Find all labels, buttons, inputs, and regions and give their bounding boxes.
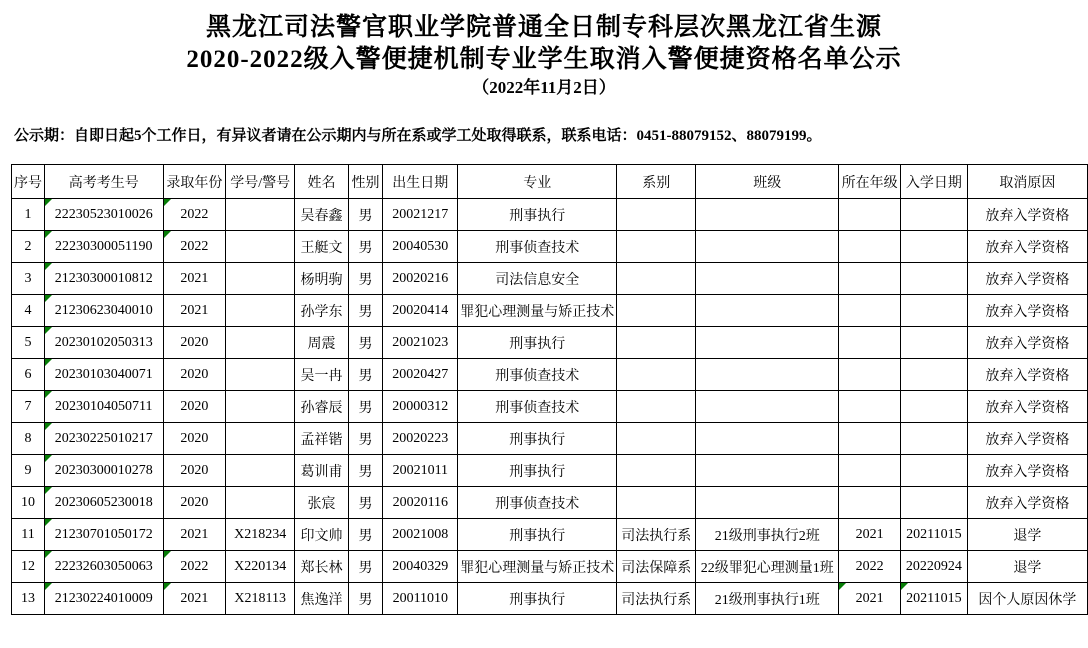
cell-text: 放弃入学资格 [985,273,1069,288]
text-format-marker-icon [45,487,52,494]
table-cell: 郑长林 [295,551,349,583]
header-row: 序号高考考生号录取年份学号/警号姓名性别出生日期专业系别班级所在年级入学日期取消… [12,165,1088,199]
table-cell: 男 [348,327,383,359]
cell-text: 12 [21,559,35,574]
text-format-marker-icon [839,583,846,590]
column-header: 取消原因 [967,165,1087,199]
cell-text: 20230103040071 [55,367,153,382]
table-cell [696,359,839,391]
table-cell [226,423,295,455]
table-cell: 1 [12,199,45,231]
table-cell: 2020 [163,487,226,519]
table-cell [617,423,696,455]
text-format-marker-icon [164,231,171,238]
table-cell [226,487,295,519]
cell-text: 罪犯心理测量与矫正技术 [460,305,614,320]
table-cell [226,199,295,231]
cell-text: 2 [25,239,32,254]
cell-text: 周震 [307,337,335,352]
cell-text: 4 [25,303,32,318]
cell-text: 刑事执行 [509,529,565,544]
cell-text: 刑事执行 [509,209,565,224]
cell-text: 13 [21,591,35,606]
cell-text: 2020 [180,335,208,350]
text-format-marker-icon [901,583,908,590]
table-cell: 2021 [163,519,226,551]
table-row: 10202306052300182020张宸男20020116刑事侦查技术放弃入… [12,487,1088,519]
cell-text: 放弃入学资格 [985,465,1069,480]
table-row: 8202302250102172020孟祥锴男20020223刑事执行放弃入学资… [12,423,1088,455]
table-cell [901,199,968,231]
table-cell: 4 [12,295,45,327]
cell-text: 20230225010217 [55,431,153,446]
cell-text: 印文帅 [300,529,342,544]
table-cell: X218234 [226,519,295,551]
table-cell: 放弃入学资格 [967,263,1087,295]
cell-text: 20000312 [392,399,448,414]
cell-text: 放弃入学资格 [985,433,1069,448]
table-cell [226,263,295,295]
text-format-marker-icon [45,327,52,334]
table-cell [696,199,839,231]
cell-text: 退学 [1013,561,1041,576]
table-cell [226,231,295,263]
table-cell: 印文帅 [295,519,349,551]
table-cell: 2021 [839,519,901,551]
page-title-line1: 黑龙江司法警官职业学院普通全日制专科层次黑龙江省生源 [0,12,1088,44]
cell-text: 男 [359,337,373,352]
table-cell: 男 [348,391,383,423]
cell-text: 刑事执行 [509,433,565,448]
cell-text: 22230300051190 [55,239,152,254]
column-header: 所在年级 [839,165,901,199]
cell-text: 男 [359,433,373,448]
table-cell [617,263,696,295]
table-cell [696,391,839,423]
cell-text: X220134 [234,559,286,574]
column-header: 专业 [458,165,617,199]
table-cell: 放弃入学资格 [967,487,1087,519]
table-cell [901,295,968,327]
table-cell: 2020 [163,455,226,487]
table-cell: 吴春鑫 [295,199,349,231]
table-cell: 刑事侦查技术 [458,359,617,391]
cell-text: 21级刑事执行2班 [715,529,820,544]
table-cell: 男 [348,551,383,583]
table-cell: 20020414 [383,295,458,327]
table-cell [226,359,295,391]
table-cell: 6 [12,359,45,391]
table-cell [696,423,839,455]
cell-text: 20020427 [392,367,448,382]
table-row: 7202301040507112020孙睿辰男20000312刑事侦查技术放弃入… [12,391,1088,423]
cell-text: 男 [359,497,373,512]
cell-text: 8 [25,431,32,446]
cell-text: 退学 [1013,529,1041,544]
table-cell [901,455,968,487]
cell-text: 20230102050313 [55,335,153,350]
table-cell: 葛训甫 [295,455,349,487]
cell-text: 刑事侦查技术 [495,369,579,384]
cell-text: 刑事执行 [509,465,565,480]
table-row: 6202301030400712020吴一冉男20020427刑事侦查技术放弃入… [12,359,1088,391]
cell-text: 20011010 [393,591,448,606]
table-cell: 21级刑事执行2班 [696,519,839,551]
table-cell: X218113 [226,583,295,615]
cell-text: 10 [21,495,35,510]
table-cell [839,391,901,423]
cell-text: 放弃入学资格 [985,305,1069,320]
table-row: 13212302240100092021X218113焦逸洋男20011010刑… [12,583,1088,615]
cell-text: 孙睿辰 [300,401,342,416]
table-cell: 退学 [967,551,1087,583]
table-row: 5202301020503132020周震男20021023刑事执行放弃入学资格 [12,327,1088,359]
table-cell: 22232603050063 [45,551,164,583]
table-cell: 孟祥锴 [295,423,349,455]
cell-text: 20020223 [392,431,448,446]
table-cell: 2021 [839,583,901,615]
table-cell [696,487,839,519]
table-cell [901,327,968,359]
cell-text: 男 [359,401,373,416]
table-cell: 20040329 [383,551,458,583]
table-cell: 8 [12,423,45,455]
table-cell: 20220924 [901,551,968,583]
cell-text: 王艇文 [300,241,342,256]
cell-text: 葛训甫 [300,465,342,480]
table-cell: 2022 [163,231,226,263]
table-cell: 男 [348,455,383,487]
table-cell: 刑事执行 [458,583,617,615]
cancellation-roster-table: 序号高考考生号录取年份学号/警号姓名性别出生日期专业系别班级所在年级入学日期取消… [11,164,1088,615]
cell-text: 司法保障系 [621,561,691,576]
cell-text: 孟祥锴 [300,433,342,448]
table-cell: 放弃入学资格 [967,391,1087,423]
cell-text: X218234 [234,527,286,542]
cell-text: 男 [359,465,373,480]
cell-text: 20040530 [392,239,448,254]
table-cell: 2021 [163,263,226,295]
cell-text: 6 [25,367,32,382]
cell-text: 放弃入学资格 [985,241,1069,256]
table-cell: 20011010 [383,583,458,615]
table-row: 9202303000102782020葛训甫男20021011刑事执行放弃入学资… [12,455,1088,487]
column-header: 班级 [696,165,839,199]
cell-text: 刑事执行 [509,337,565,352]
cell-text: 2022 [180,559,208,574]
publish-date: （2022年11月2日） [0,76,1088,100]
table-cell: 20020427 [383,359,458,391]
cell-text: 2020 [180,399,208,414]
table-cell: 放弃入学资格 [967,199,1087,231]
cell-text: 放弃入学资格 [985,337,1069,352]
table-cell: 2022 [163,551,226,583]
table-cell: 刑事侦查技术 [458,391,617,423]
table-cell [617,295,696,327]
table-cell: 2022 [839,551,901,583]
table-cell: 20230300010278 [45,455,164,487]
text-format-marker-icon [45,295,52,302]
cell-text: 吴春鑫 [300,209,342,224]
table-cell: 周震 [295,327,349,359]
cell-text: 3 [25,271,32,286]
text-format-marker-icon [45,519,52,526]
table-cell: 放弃入学资格 [967,359,1087,391]
cell-text: 2021 [180,303,208,318]
cell-text: 吴一冉 [300,369,342,384]
cell-text: 刑事执行 [509,593,565,608]
text-format-marker-icon [45,583,52,590]
table-body: 1222305230100262022吴春鑫男20021217刑事执行放弃入学资… [12,199,1088,615]
cell-text: 2021 [180,527,208,542]
table-cell: 3 [12,263,45,295]
cell-text: 司法信息安全 [495,273,579,288]
text-format-marker-icon [45,391,52,398]
cell-text: 刑事侦查技术 [495,241,579,256]
cell-text: 放弃入学资格 [985,401,1069,416]
cell-text: 焦逸洋 [300,593,342,608]
table-cell [839,423,901,455]
table-cell: 司法保障系 [617,551,696,583]
table-row: 1222305230100262022吴春鑫男20021217刑事执行放弃入学资… [12,199,1088,231]
table-cell [696,263,839,295]
table-cell: 司法信息安全 [458,263,617,295]
table-cell: 刑事侦查技术 [458,487,617,519]
cell-text: 5 [25,335,32,350]
table-cell: 21230300010812 [45,263,164,295]
table-cell [839,487,901,519]
cell-text: 7 [25,399,32,414]
table-cell: 21230224010009 [45,583,164,615]
text-format-marker-icon [45,551,52,558]
cell-text: 21230300010812 [55,271,153,286]
cell-text: 放弃入学资格 [985,209,1069,224]
cell-text: 9 [25,463,32,478]
table-cell: 22230300051190 [45,231,164,263]
table-cell: 20040530 [383,231,458,263]
text-format-marker-icon [164,199,171,206]
table-cell: 20021023 [383,327,458,359]
table-cell [617,455,696,487]
cell-text: 2021 [856,527,884,542]
cell-text: 司法执行系 [621,593,691,608]
table-cell [839,327,901,359]
table-cell [617,487,696,519]
cell-text: 2020 [180,495,208,510]
table-cell: 刑事执行 [458,199,617,231]
table-cell: 刑事执行 [458,423,617,455]
table-row: 3212303000108122021杨明驹男20020216司法信息安全放弃入… [12,263,1088,295]
table-cell [839,455,901,487]
text-format-marker-icon [45,423,52,430]
cell-text: 1 [25,207,32,222]
table-cell: 2021 [163,295,226,327]
column-header: 系别 [617,165,696,199]
table-cell [696,327,839,359]
table-cell [617,231,696,263]
cell-text: 男 [359,593,373,608]
notice-document: 黑龙江司法警官职业学院普通全日制专科层次黑龙江省生源 2020-2022级入警便… [0,0,1088,648]
cell-text: 男 [359,273,373,288]
cell-text: 孙学东 [300,305,342,320]
text-format-marker-icon [45,359,52,366]
table-cell: 男 [348,199,383,231]
cell-text: 罪犯心理测量与矫正技术 [460,561,614,576]
table-cell: 王艇文 [295,231,349,263]
table-cell: 杨明驹 [295,263,349,295]
cell-text: 20230104050711 [55,399,152,414]
table-cell [696,295,839,327]
table-cell: 2020 [163,391,226,423]
table-cell [226,295,295,327]
cell-text: 男 [359,369,373,384]
cell-text: 2020 [180,367,208,382]
cell-text: 20020414 [392,303,448,318]
table-cell [901,359,968,391]
table-cell: 20021217 [383,199,458,231]
table-cell: 刑事执行 [458,455,617,487]
table-cell: 放弃入学资格 [967,423,1087,455]
table-cell: 放弃入学资格 [967,295,1087,327]
table-cell: 放弃入学资格 [967,327,1087,359]
cell-text: 20211015 [906,527,961,542]
cell-text: 郑长林 [300,561,342,576]
cell-text: 2022 [856,559,884,574]
column-header: 性别 [348,165,383,199]
column-header: 学号/警号 [226,165,295,199]
table-cell: 2020 [163,327,226,359]
column-header: 出生日期 [383,165,458,199]
table-cell: 20211015 [901,583,968,615]
table-cell: 放弃入学资格 [967,231,1087,263]
text-format-marker-icon [45,199,52,206]
cell-text: 2021 [180,591,208,606]
table-cell: 刑事侦查技术 [458,231,617,263]
table-cell: 20230605230018 [45,487,164,519]
table-cell: 9 [12,455,45,487]
table-cell: 男 [348,231,383,263]
table-cell: 21230701050172 [45,519,164,551]
table-cell: 20021008 [383,519,458,551]
text-format-marker-icon [164,583,171,590]
table-row: 11212307010501722021X218234印文帅男20021008刑… [12,519,1088,551]
column-header: 高考考生号 [45,165,164,199]
table-cell: 20211015 [901,519,968,551]
table-cell [839,231,901,263]
table-row: 2222303000511902022王艇文男20040530刑事侦查技术放弃入… [12,231,1088,263]
cell-text: 2020 [180,431,208,446]
cell-text: 20230605230018 [55,495,153,510]
table-cell: 2020 [163,359,226,391]
cell-text: 20040329 [392,559,448,574]
table-cell: 22级罪犯心理测量1班 [696,551,839,583]
table-cell: 罪犯心理测量与矫正技术 [458,551,617,583]
table-cell: 5 [12,327,45,359]
cell-text: 杨明驹 [300,273,342,288]
table-cell: 10 [12,487,45,519]
table-cell: 男 [348,519,383,551]
cell-text: 刑事侦查技术 [495,401,579,416]
cell-text: 21230224010009 [55,591,153,606]
table-cell: 22230523010026 [45,199,164,231]
table-cell: 20000312 [383,391,458,423]
table-cell [617,199,696,231]
table-cell [617,327,696,359]
table-cell: 13 [12,583,45,615]
column-header: 录取年份 [163,165,226,199]
table-cell: 20230225010217 [45,423,164,455]
table-cell [901,391,968,423]
cell-text: 张宸 [307,497,335,512]
table-cell: 孙学东 [295,295,349,327]
cell-text: 男 [359,209,373,224]
table-cell: 2022 [163,199,226,231]
text-format-marker-icon [45,263,52,270]
table-cell: 吴一冉 [295,359,349,391]
table-cell: 21级刑事执行1班 [696,583,839,615]
cell-text: 22级罪犯心理测量1班 [701,561,834,576]
table-cell: 男 [348,423,383,455]
table-cell: 放弃入学资格 [967,455,1087,487]
table-cell: 退学 [967,519,1087,551]
table-cell: 孙睿辰 [295,391,349,423]
table-cell [901,487,968,519]
cell-text: 2022 [180,207,208,222]
table-cell: 2 [12,231,45,263]
cell-text: 司法执行系 [621,529,691,544]
table-cell: 20020223 [383,423,458,455]
page-title-line2: 2020-2022级入警便捷机制专业学生取消入警便捷资格名单公示 [0,44,1088,76]
cell-text: 20021008 [392,527,448,542]
table-cell: 司法执行系 [617,583,696,615]
table-cell [839,199,901,231]
table-cell: 男 [348,359,383,391]
cell-text: 2020 [180,463,208,478]
table-cell [226,391,295,423]
table-cell [839,295,901,327]
cell-text: 20020216 [392,271,448,286]
cell-text: 21230623040010 [55,303,153,318]
table-cell [901,231,968,263]
notice-text: 公示期：自即日起5个工作日，有异议者请在公示期内与所在系或学工处取得联系，联系电… [14,126,1088,146]
cell-text: 20020116 [393,495,448,510]
cell-text: 男 [359,561,373,576]
table-cell: 罪犯心理测量与矫正技术 [458,295,617,327]
text-format-marker-icon [45,455,52,462]
table-cell [839,359,901,391]
cell-text: 21级刑事执行1班 [715,593,820,608]
cell-text: 刑事侦查技术 [495,497,579,512]
cell-text: 20021011 [393,463,448,478]
table-cell [696,231,839,263]
cell-text: 20220924 [906,559,962,574]
table-cell: 男 [348,295,383,327]
table-cell [901,423,968,455]
table-cell: 刑事执行 [458,327,617,359]
table-cell: 12 [12,551,45,583]
cell-text: 男 [359,529,373,544]
cell-text: 20211015 [906,591,961,606]
table-cell: 2021 [163,583,226,615]
text-format-marker-icon [164,551,171,558]
cell-text: 因个人原因休学 [978,593,1076,608]
table-cell: 男 [348,583,383,615]
table-cell: 20230103040071 [45,359,164,391]
table-cell [617,391,696,423]
table-cell: 21230623040010 [45,295,164,327]
table-cell: 11 [12,519,45,551]
table-cell: 20020216 [383,263,458,295]
